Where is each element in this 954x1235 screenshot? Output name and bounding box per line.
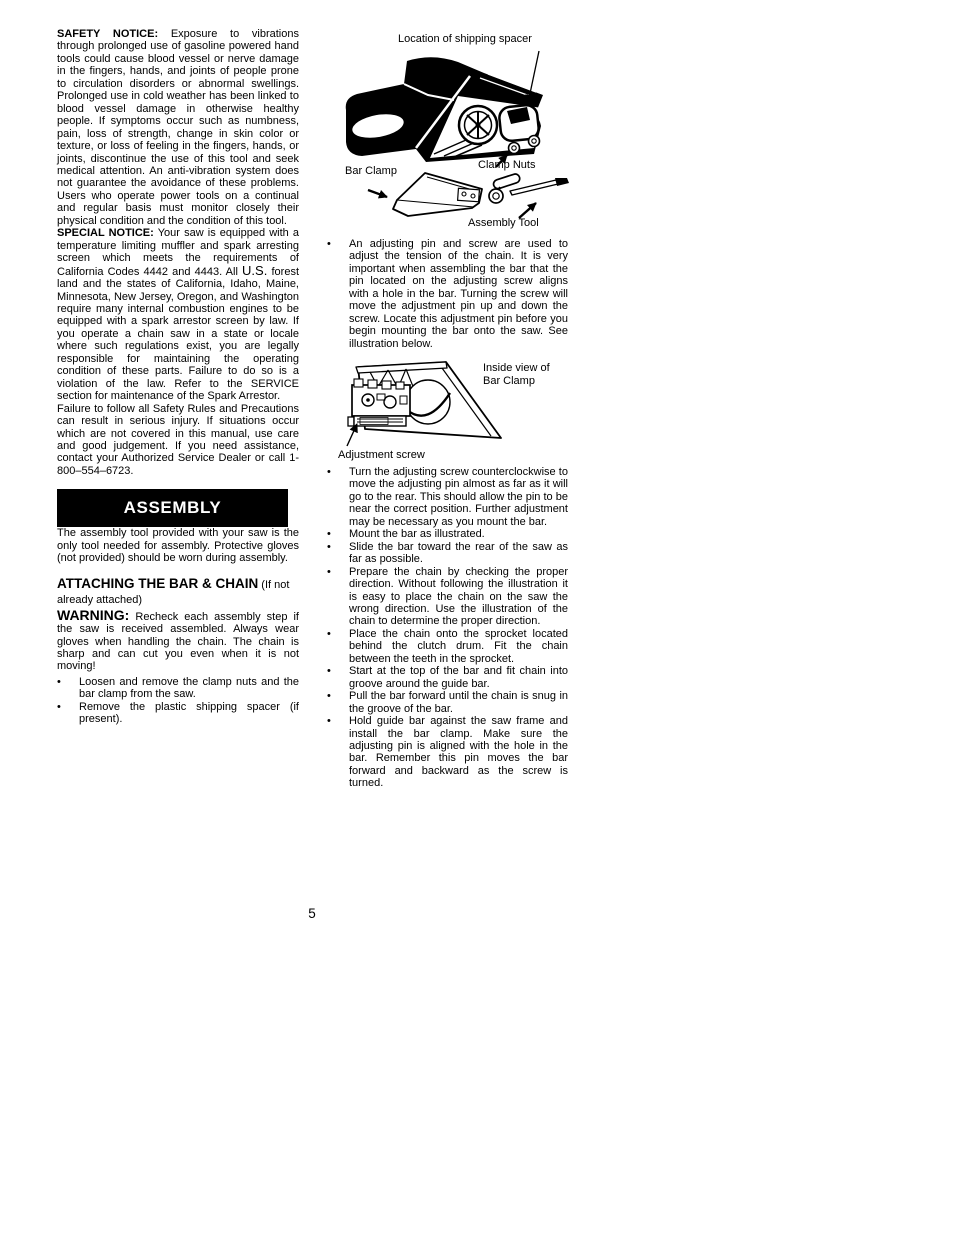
assembly-tool-illustration bbox=[489, 173, 569, 203]
assembly-section-banner: ASSEMBLY bbox=[57, 489, 288, 527]
list-item-text: Hold guide bar against the saw frame and… bbox=[349, 715, 568, 790]
bullet-marker: • bbox=[327, 628, 349, 665]
list-item: • Start at the top of the bar and fit ch… bbox=[327, 665, 568, 690]
warning-paragraph: WARNING: Recheck each assembly step if t… bbox=[57, 608, 299, 673]
failure-paragraph: Failure to follow all Safety Rules and P… bbox=[57, 403, 299, 478]
manual-page: SAFETY NOTICE: Exposure to vibrations th… bbox=[0, 0, 954, 1235]
bullet-marker: • bbox=[327, 665, 349, 690]
page-number: 5 bbox=[296, 906, 328, 921]
list-item-text: Turn the adjusting screw counterclockwis… bbox=[349, 466, 568, 528]
special-notice-label: SPECIAL NOTICE: bbox=[57, 227, 154, 239]
assembly-intro-paragraph: The assembly tool provided with your saw… bbox=[57, 527, 299, 564]
special-notice-paragraph: SPECIAL NOTICE: Your saw is equipped wit… bbox=[57, 227, 299, 402]
attaching-bar-chain-heading: ATTACHING THE BAR & CHAIN (If not alread… bbox=[57, 576, 299, 608]
arrow-to-adjustment-screw-icon bbox=[347, 424, 357, 446]
warning-label: WARNING: bbox=[57, 607, 129, 623]
arrow-to-bar-clamp-icon bbox=[368, 190, 387, 197]
list-item: • Loosen and remove the clamp nuts and t… bbox=[57, 676, 299, 701]
inside-view-label: Inside view of Bar Clamp bbox=[483, 362, 568, 387]
safety-notice-text: Exposure to vibrations through prolonged… bbox=[57, 28, 299, 227]
list-item-text: Start at the top of the bar and fit chai… bbox=[349, 665, 568, 690]
left-bullet-list: • Loosen and remove the clamp nuts and t… bbox=[57, 676, 299, 726]
clamp-nuts-label: Clamp Nuts bbox=[478, 159, 535, 172]
adjustment-screw bbox=[348, 417, 354, 426]
list-item-text: Loosen and remove the clamp nuts and the… bbox=[79, 676, 299, 701]
safety-notice-label: SAFETY NOTICE: bbox=[57, 28, 158, 40]
list-item: • Hold guide bar against the saw frame a… bbox=[327, 715, 568, 790]
bullet-marker: • bbox=[327, 238, 349, 350]
shipping-spacer-label: Location of shipping spacer bbox=[398, 33, 532, 46]
list-item-text: Mount the bar as illustrated. bbox=[349, 528, 568, 540]
arrow-to-assembly-tool-icon bbox=[519, 203, 536, 218]
list-item: • Prepare the chain by checking the prop… bbox=[327, 566, 568, 628]
list-item-text: Remove the plastic shipping spacer (if p… bbox=[79, 701, 299, 726]
list-item: • Remove the plastic shipping spacer (if… bbox=[57, 701, 299, 726]
bar-clamp-inside-illustration bbox=[348, 362, 501, 438]
list-item: • Slide the bar toward the rear of the s… bbox=[327, 541, 568, 566]
assembly-tool-label: Assembly Tool bbox=[468, 217, 539, 230]
bar-clamp-illustration bbox=[393, 173, 482, 216]
bullet-marker: • bbox=[327, 690, 349, 715]
list-item-text: Pull the bar forward until the chain is … bbox=[349, 690, 568, 715]
adjustment-screw-label: Adjustment screw bbox=[338, 449, 425, 462]
bullet-marker: • bbox=[327, 541, 349, 566]
bar-clamp-label: Bar Clamp bbox=[345, 165, 397, 178]
assembly-banner-title: ASSEMBLY bbox=[124, 498, 222, 518]
list-item: • Place the chain onto the sprocket loca… bbox=[327, 628, 568, 665]
attaching-heading-bold: ATTACHING THE BAR & CHAIN bbox=[57, 576, 258, 591]
special-notice-text-b: forest land and the states of California… bbox=[57, 266, 299, 403]
inside-view-label-line2: Bar Clamp bbox=[483, 375, 535, 387]
bullet-marker: • bbox=[57, 676, 79, 701]
bullet-marker: • bbox=[327, 566, 349, 628]
bullet-marker: • bbox=[327, 466, 349, 528]
adjusting-mechanism bbox=[348, 379, 410, 426]
list-item: • Turn the adjusting screw counterclockw… bbox=[327, 466, 568, 528]
adjusting-pin-bullet: • An adjusting pin and screw are used to… bbox=[327, 238, 568, 350]
us-abbreviation: U.S. bbox=[242, 263, 267, 278]
list-item-text: Place the chain onto the sprocket locate… bbox=[349, 628, 568, 665]
chainsaw-figure bbox=[330, 50, 575, 235]
left-column: SAFETY NOTICE: Exposure to vibrations th… bbox=[57, 28, 299, 726]
list-item: • Pull the bar forward until the chain i… bbox=[327, 690, 568, 715]
list-item-text: Prepare the chain by checking the proper… bbox=[349, 566, 568, 628]
list-item: • Mount the bar as illustrated. bbox=[327, 528, 568, 540]
safety-notice-paragraph: SAFETY NOTICE: Exposure to vibrations th… bbox=[57, 28, 299, 227]
list-item-text: Slide the bar toward the rear of the saw… bbox=[349, 541, 568, 566]
bullet-marker: • bbox=[327, 715, 349, 790]
list-item-text: An adjusting pin and screw are used to a… bbox=[349, 238, 568, 350]
bullet-marker: • bbox=[57, 701, 79, 726]
inside-view-label-line1: Inside view of bbox=[483, 362, 550, 374]
bullet-marker: • bbox=[327, 528, 349, 540]
right-column: Location of shipping spacer bbox=[327, 30, 568, 830]
right-bullet-list: • Turn the adjusting screw counterclockw… bbox=[327, 466, 568, 790]
